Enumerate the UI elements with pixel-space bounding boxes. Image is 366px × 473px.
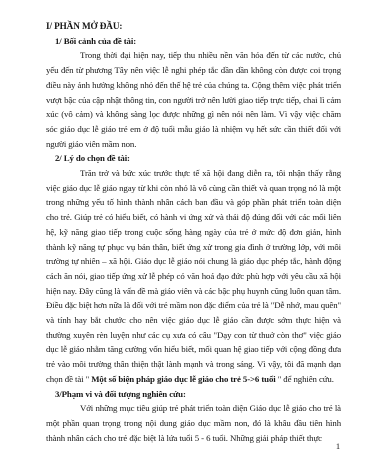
- paragraph-ly-do-text-after-title: " để nghiên cứu.: [276, 374, 334, 384]
- paragraph-ly-do: Trăn trở và bức xúc trước thực tế xã hội…: [46, 166, 341, 387]
- paragraph-ly-do-text-before-title: Trăn trở và bức xúc trước thực tế xã hội…: [46, 168, 341, 384]
- thesis-title: Một số biện pháp giáo dục lễ giáo cho tr…: [91, 374, 275, 384]
- page-number: 1: [336, 439, 340, 454]
- subheading-pham-vi: 3/Phạm vi và đối tượng nghiên cứu:: [46, 387, 341, 402]
- document-page: I/ PHẦN MỞ ĐẦU: 1/ Bối cảnh của đề tài: …: [0, 0, 366, 473]
- paragraph-pham-vi: Với những mục tiêu giúp trẻ phát triển t…: [46, 401, 341, 445]
- main-heading: I/ PHẦN MỞ ĐẦU:: [46, 19, 341, 34]
- paragraph-boi-canh: Trong thời đại hiện nay, tiếp thu nhiều …: [46, 48, 341, 151]
- subheading-boi-canh: 1/ Bối cảnh của đề tài:: [46, 34, 341, 49]
- subheading-ly-do: 2/ Lý do chọn đề tài:: [46, 151, 341, 166]
